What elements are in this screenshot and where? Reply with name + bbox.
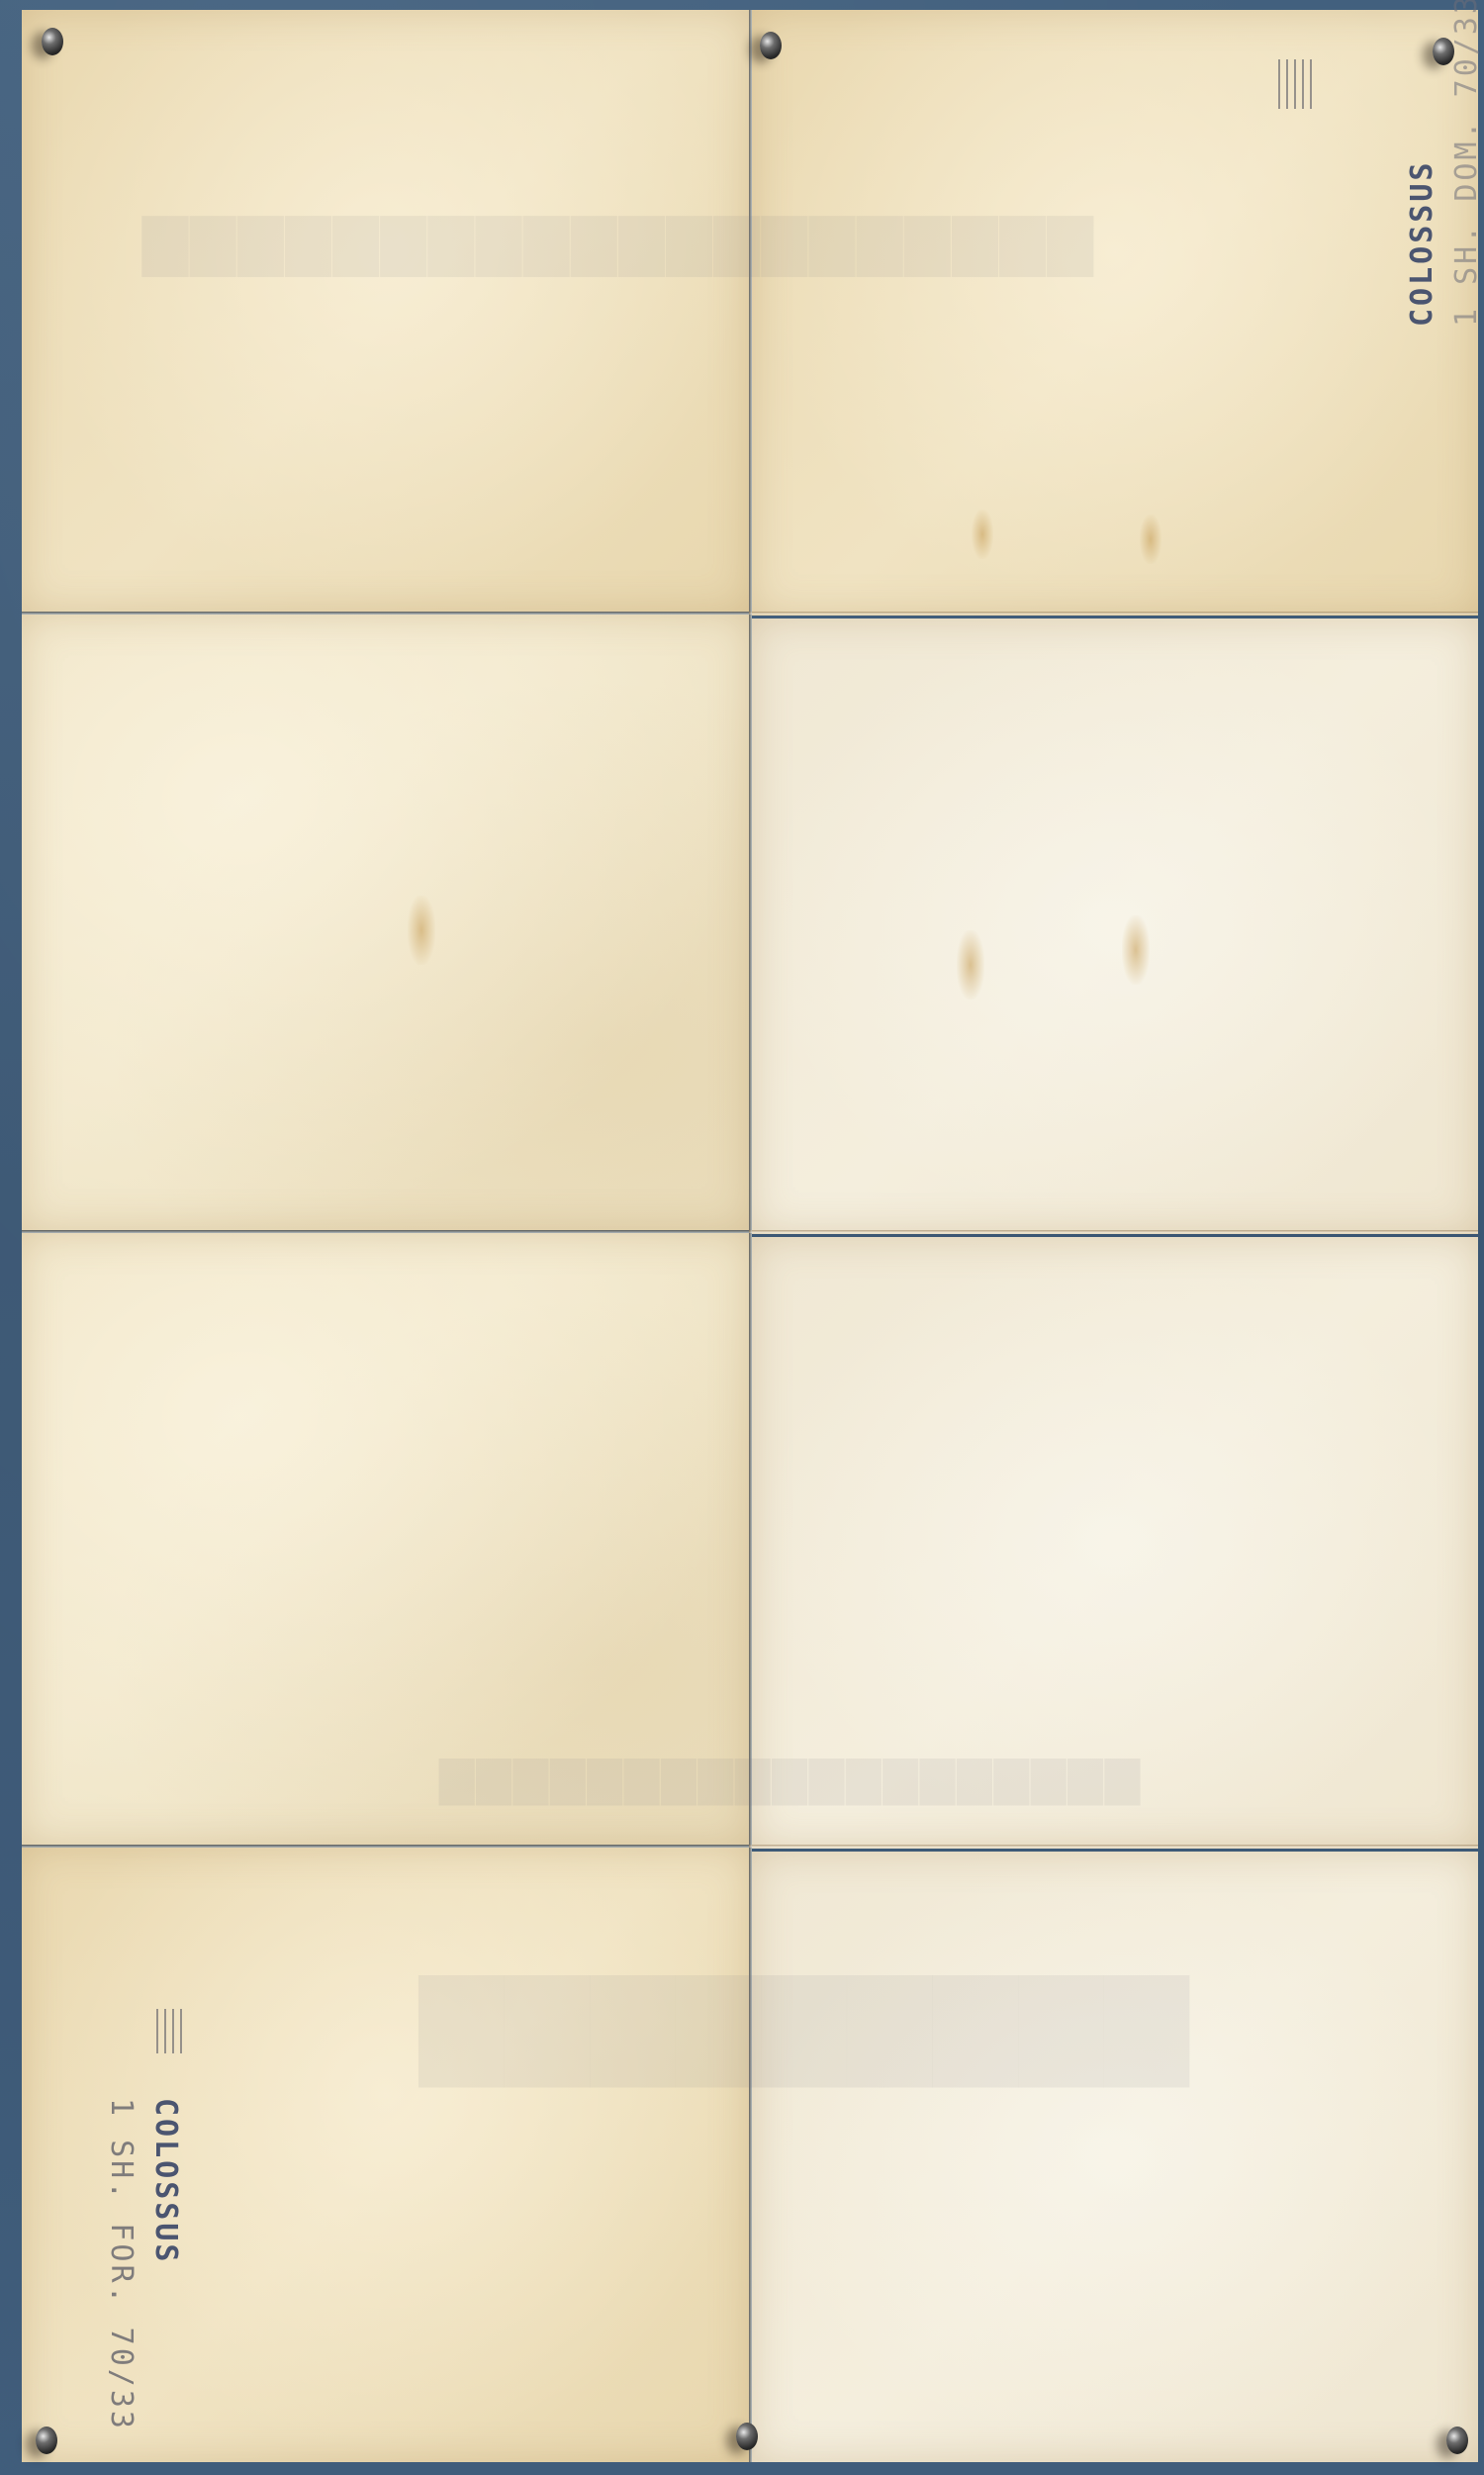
show-through-print: ▇▇▇▇▇▇▇▇▇ <box>417 1959 1188 2086</box>
age-stain <box>1140 515 1161 564</box>
poster-panel <box>22 615 749 1230</box>
stamp-title: COLOSSUS <box>148 2098 183 2431</box>
pushpin-icon <box>736 2423 758 2450</box>
poster-panel <box>752 619 1478 1234</box>
show-through-print: ▇▇▇▇▇▇▇▇▇▇▇▇▇▇▇▇▇▇▇ <box>437 1752 1140 1805</box>
pushpin-icon <box>760 32 782 59</box>
poster-panel <box>752 1852 1478 2462</box>
age-stain <box>957 930 984 1000</box>
stamp-mark-lines <box>156 2009 186 2053</box>
vertical-fold <box>749 10 752 2462</box>
stamp-code: 1 SH. DOM. 70/33 <box>1449 0 1484 327</box>
pushpin-icon <box>42 28 63 55</box>
bottom-left-stamp: COLOSSUS 1 SH. FOR. 70/33 <box>104 2098 183 2431</box>
poster-panel <box>752 10 1478 616</box>
top-right-stamp: COLOSSUS 1 SH. DOM. 70/33 <box>1405 0 1484 327</box>
pushpin-icon <box>1446 2427 1468 2454</box>
age-stain <box>972 510 993 559</box>
age-stain <box>1122 915 1150 985</box>
stamp-title: COLOSSUS <box>1405 0 1439 327</box>
stamp-code: 1 SH. FOR. 70/33 <box>104 2098 139 2431</box>
pushpin-icon <box>36 2427 57 2454</box>
poster-panel <box>22 10 749 612</box>
age-stain <box>408 896 435 965</box>
stamp-mark-lines <box>1278 59 1318 109</box>
poster-back: ▇▇▇▇▇▇▇▇▇▇▇▇▇▇▇▇▇▇▇▇ ▇▇▇▇▇▇▇▇▇▇▇▇▇▇▇▇▇▇▇… <box>22 10 1478 2462</box>
show-through-print: ▇▇▇▇▇▇▇▇▇▇▇▇▇▇▇▇▇▇▇▇ <box>140 208 1093 277</box>
